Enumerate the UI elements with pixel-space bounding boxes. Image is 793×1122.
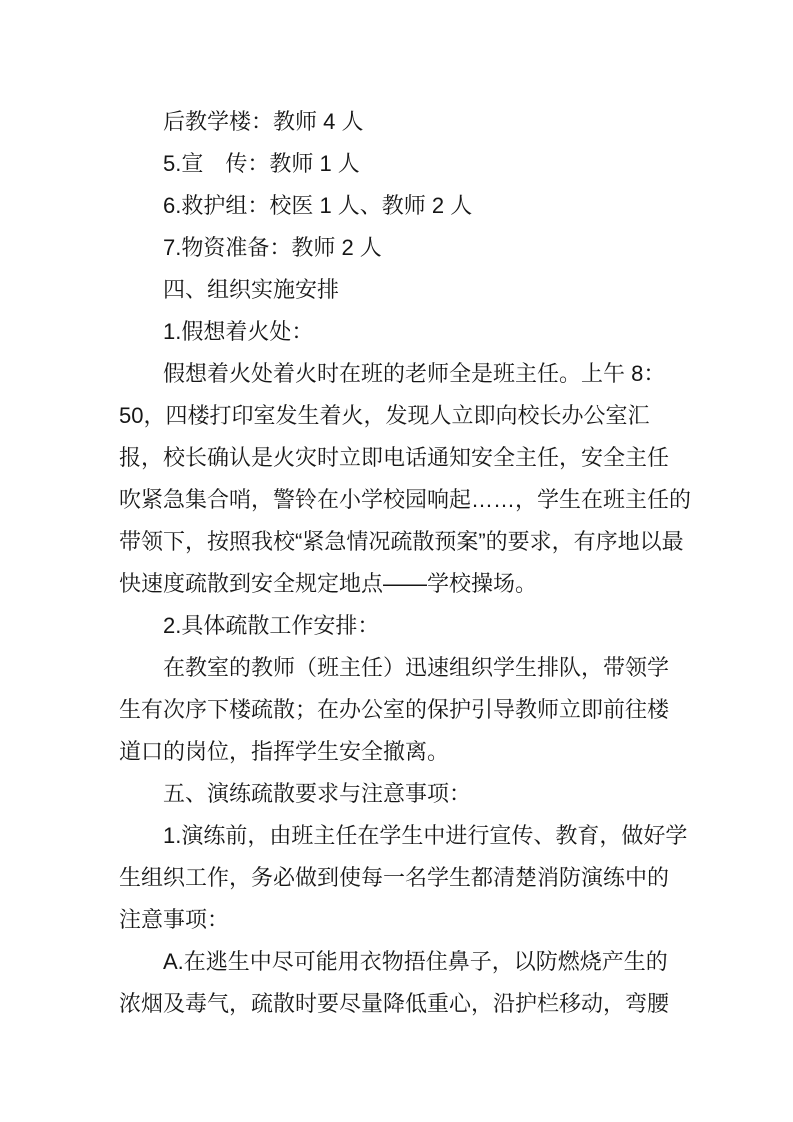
text-line: 四、组织实施安排 xyxy=(119,269,719,311)
text-line: 生有次序下楼疏散；在办公室的保护引导教师立即前往楼 xyxy=(119,689,719,731)
text-line: 吹紧急集合哨，警铃在小学校园响起……，学生在班主任的 xyxy=(119,479,719,521)
text-line: 在教室的教师（班主任）迅速组织学生排队，带领学 xyxy=(119,647,719,689)
document-page: 后教学楼：教师 4 人5.宣 传：教师 1 人6.救护组：校医 1 人、教师 2… xyxy=(0,0,793,1122)
text-line: 浓烟及毒气，疏散时要尽量降低重心，沿护栏移动，弯腰 xyxy=(119,983,719,1025)
text-line: 1.演练前，由班主任在学生中进行宣传、教育，做好学 xyxy=(119,815,719,857)
text-line: 假想着火处着火时在班的老师全是班主任。上午 8： xyxy=(119,353,719,395)
text-line: 五、演练疏散要求与注意事项： xyxy=(119,773,719,815)
text-line: 2.具体疏散工作安排： xyxy=(119,605,719,647)
text-line: 道口的岗位，指挥学生安全撤离。 xyxy=(119,731,719,773)
text-line: A.在逃生中尽可能用衣物捂住鼻子，以防燃烧产生的 xyxy=(119,941,719,983)
text-line: 带领下，按照我校“紧急情况疏散预案”的要求，有序地以最 xyxy=(119,521,719,563)
text-line: 7.物资准备：教师 2 人 xyxy=(119,227,719,269)
text-line: 1.假想着火处： xyxy=(119,311,719,353)
text-line: 50，四楼打印室发生着火，发现人立即向校长办公室汇 xyxy=(119,395,719,437)
document-body: 后教学楼：教师 4 人5.宣 传：教师 1 人6.救护组：校医 1 人、教师 2… xyxy=(119,101,719,1025)
text-line: 6.救护组：校医 1 人、教师 2 人 xyxy=(119,185,719,227)
text-line: 后教学楼：教师 4 人 xyxy=(119,101,719,143)
text-line: 5.宣 传：教师 1 人 xyxy=(119,143,719,185)
text-line: 注意事项： xyxy=(119,899,719,941)
text-line: 生组织工作，务必做到使每一名学生都清楚消防演练中的 xyxy=(119,857,719,899)
text-line: 报，校长确认是火灾时立即电话通知安全主任，安全主任 xyxy=(119,437,719,479)
text-line: 快速度疏散到安全规定地点——学校操场。 xyxy=(119,563,719,605)
